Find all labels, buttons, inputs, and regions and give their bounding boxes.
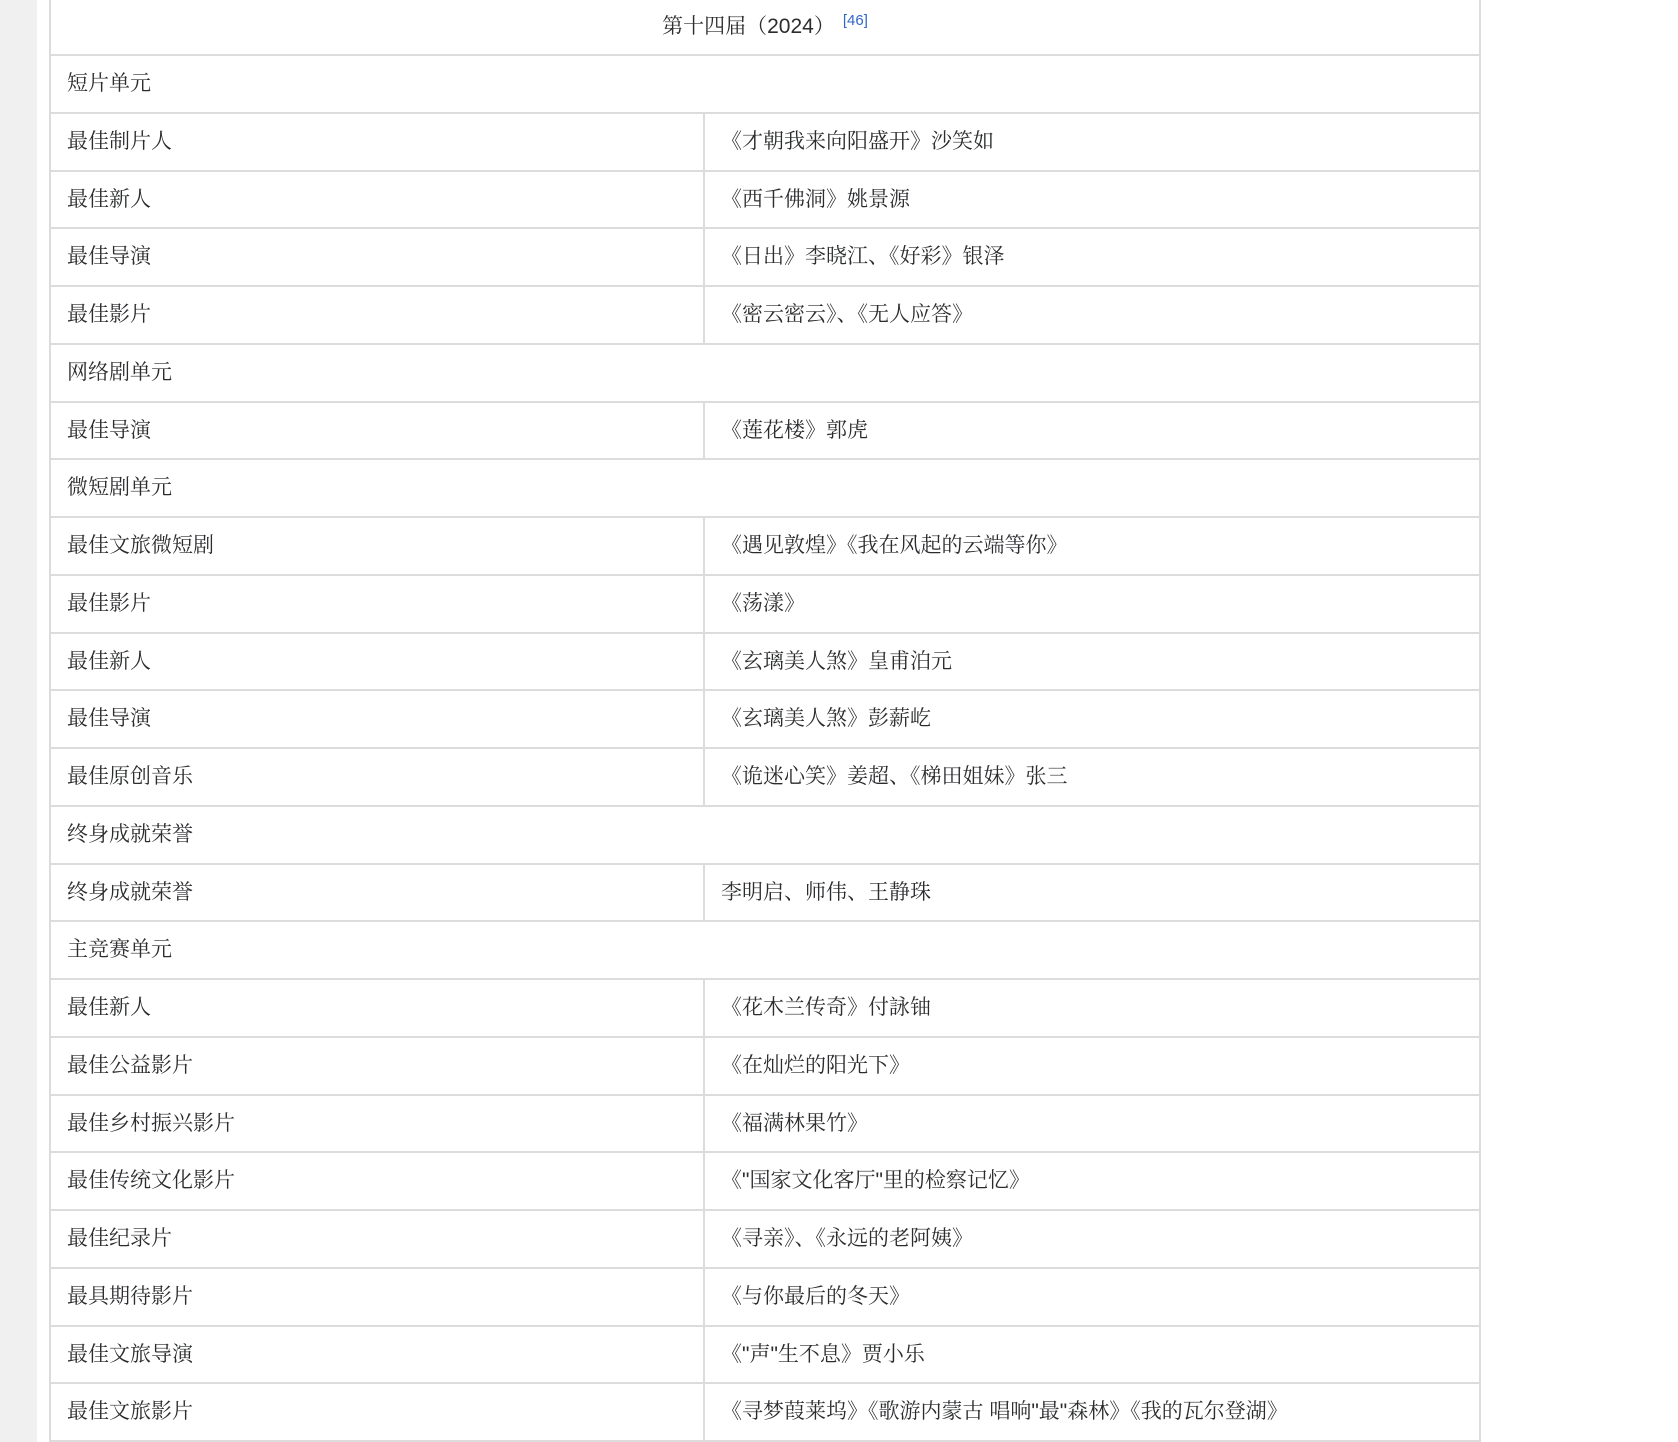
award-category: 最佳纪录片 <box>67 1225 172 1252</box>
award-winner: 《莲花楼》郭虎 <box>721 417 868 444</box>
award-winner-cell: 《西千佛洞》姚景源 <box>705 172 1479 228</box>
award-category-cell: 最具期待影片 <box>51 1269 705 1325</box>
reference-link-46[interactable]: [46] <box>843 12 868 29</box>
award-winner-cell: 《福满林果竹》 <box>705 1096 1479 1152</box>
award-row: 最佳文旅影片 《寻梦葭莱坞》《歌游内蒙古 唱响"最"森林》《我的瓦尔登湖》 <box>51 1384 1479 1442</box>
award-winner-cell: 《与你最后的冬天》 <box>705 1269 1479 1325</box>
award-category-cell: 最佳乡村振兴影片 <box>51 1096 705 1152</box>
award-winner-cell: 《诡迷心笑》姜超、《梯田姐妹》张三 <box>705 749 1479 805</box>
award-category-cell: 最佳新人 <box>51 172 705 228</box>
award-row: 最佳导演 《莲花楼》郭虎 <box>51 403 1479 461</box>
awards-table: 第十四届（2024）[46] 短片单元 最佳制片人 《才朝我来向阳盛开》沙笑如 … <box>49 0 1481 1442</box>
award-winner: 《玄璃美人煞》彭薪屹 <box>721 705 931 732</box>
award-row: 最佳乡村振兴影片 《福满林果竹》 <box>51 1096 1479 1154</box>
section-label: 微短剧单元 <box>51 460 1479 516</box>
award-winner: 《寻亲》、《永远的老阿姨》 <box>721 1225 973 1252</box>
award-winner-cell: 李明启、师伟、王静珠 <box>705 865 1479 921</box>
award-category-cell: 最佳导演 <box>51 403 705 459</box>
award-winner: 《福满林果竹》 <box>721 1110 868 1137</box>
award-category: 最佳新人 <box>67 648 151 675</box>
award-category-cell: 最佳新人 <box>51 634 705 690</box>
award-row: 最佳制片人 《才朝我来向阳盛开》沙笑如 <box>51 114 1479 172</box>
award-winner: 《与你最后的冬天》 <box>721 1283 910 1310</box>
award-category: 最佳文旅导演 <box>67 1341 193 1368</box>
award-category-cell: 最佳文旅导演 <box>51 1327 705 1383</box>
award-winner: 《花木兰传奇》付詠铀 <box>721 994 931 1021</box>
award-category-cell: 最佳公益影片 <box>51 1038 705 1094</box>
award-row: 最佳新人 《玄璃美人煞》皇甫泊元 <box>51 634 1479 692</box>
section-label: 短片单元 <box>51 56 1479 112</box>
header-cell: 第十四届（2024）[46] <box>51 13 1479 40</box>
award-winner-cell: 《荡漾》 <box>705 576 1479 632</box>
award-category: 最佳文旅微短剧 <box>67 532 214 559</box>
award-row: 最佳新人 《西千佛洞》姚景源 <box>51 172 1479 230</box>
award-winner-cell: 《"国家文化客厅"里的检察记忆》 <box>705 1153 1479 1209</box>
award-row: 最具期待影片 《与你最后的冬天》 <box>51 1269 1479 1327</box>
award-winner-cell: 《莲花楼》郭虎 <box>705 403 1479 459</box>
award-category-cell: 最佳导演 <box>51 691 705 747</box>
section-row: 终身成就荣誉 <box>51 807 1479 865</box>
award-winner: 《西千佛洞》姚景源 <box>721 186 910 213</box>
award-category: 最佳公益影片 <box>67 1052 193 1079</box>
award-category: 最佳制片人 <box>67 128 172 155</box>
award-winner-cell: 《寻亲》、《永远的老阿姨》 <box>705 1211 1479 1267</box>
award-winner: 《"声"生不息》贾小乐 <box>721 1341 925 1368</box>
award-row: 最佳导演 《日出》李晓江、《好彩》银泽 <box>51 229 1479 287</box>
award-category: 最佳导演 <box>67 417 151 444</box>
award-winner-cell: 《花木兰传奇》付詠铀 <box>705 980 1479 1036</box>
section-row: 微短剧单元 <box>51 460 1479 518</box>
section-label: 网络剧单元 <box>51 345 1479 401</box>
award-winner-cell: 《"声"生不息》贾小乐 <box>705 1327 1479 1383</box>
award-category: 最佳原创音乐 <box>67 763 193 790</box>
award-category: 终身成就荣誉 <box>67 879 193 906</box>
award-winner-cell: 《才朝我来向阳盛开》沙笑如 <box>705 114 1479 170</box>
award-category-cell: 终身成就荣誉 <box>51 865 705 921</box>
section-label: 终身成就荣誉 <box>51 807 1479 863</box>
header-title: 第十四届（2024） <box>662 15 835 38</box>
award-category-cell: 最佳传统文化影片 <box>51 1153 705 1209</box>
award-winner: 《日出》李晓江、《好彩》银泽 <box>721 243 1005 270</box>
award-row: 最佳传统文化影片 《"国家文化客厅"里的检察记忆》 <box>51 1153 1479 1211</box>
award-winner: 《才朝我来向阳盛开》沙笑如 <box>721 128 994 155</box>
award-winner: 《诡迷心笑》姜超、《梯田姐妹》张三 <box>721 763 1068 790</box>
page-left-gutter <box>0 0 37 1442</box>
award-winner-cell: 《寻梦葭莱坞》《歌游内蒙古 唱响"最"森林》《我的瓦尔登湖》 <box>705 1384 1479 1440</box>
section-row: 主竞赛单元 <box>51 922 1479 980</box>
award-category: 最佳导演 <box>67 705 151 732</box>
award-category-cell: 最佳制片人 <box>51 114 705 170</box>
section-row: 网络剧单元 <box>51 345 1479 403</box>
award-winner-cell: 《玄璃美人煞》皇甫泊元 <box>705 634 1479 690</box>
award-winner: 《玄璃美人煞》皇甫泊元 <box>721 648 952 675</box>
award-category: 最佳影片 <box>67 590 151 617</box>
award-winner: 李明启、师伟、王静珠 <box>721 879 931 906</box>
section-label: 主竞赛单元 <box>51 922 1479 978</box>
award-winner-cell: 《遇见敦煌》《我在风起的云端等你》 <box>705 518 1479 574</box>
award-category-cell: 最佳新人 <box>51 980 705 1036</box>
award-category-cell: 最佳影片 <box>51 287 705 343</box>
award-category-cell: 最佳影片 <box>51 576 705 632</box>
award-row: 最佳影片 《密云密云》、《无人应答》 <box>51 287 1479 345</box>
award-category: 最佳新人 <box>67 994 151 1021</box>
award-category: 最佳乡村振兴影片 <box>67 1110 235 1137</box>
award-category-cell: 最佳纪录片 <box>51 1211 705 1267</box>
section-row: 短片单元 <box>51 56 1479 114</box>
award-category: 最佳影片 <box>67 301 151 328</box>
award-row: 最佳影片 《荡漾》 <box>51 576 1479 634</box>
award-winner-cell: 《日出》李晓江、《好彩》银泽 <box>705 229 1479 285</box>
award-row: 终身成就荣誉 李明启、师伟、王静珠 <box>51 865 1479 923</box>
award-row: 最佳文旅导演 《"声"生不息》贾小乐 <box>51 1327 1479 1385</box>
award-category-cell: 最佳文旅影片 <box>51 1384 705 1440</box>
award-category: 最佳新人 <box>67 186 151 213</box>
award-row: 最佳纪录片 《寻亲》、《永远的老阿姨》 <box>51 1211 1479 1269</box>
award-category-cell: 最佳文旅微短剧 <box>51 518 705 574</box>
award-row: 最佳文旅微短剧 《遇见敦煌》《我在风起的云端等你》 <box>51 518 1479 576</box>
award-winner: 《在灿烂的阳光下》 <box>721 1052 910 1079</box>
award-row: 最佳原创音乐 《诡迷心笑》姜超、《梯田姐妹》张三 <box>51 749 1479 807</box>
award-category: 最佳导演 <box>67 243 151 270</box>
award-winner: 《荡漾》 <box>721 590 805 617</box>
award-row: 最佳导演 《玄璃美人煞》彭薪屹 <box>51 691 1479 749</box>
award-category-cell: 最佳原创音乐 <box>51 749 705 805</box>
award-category: 最佳文旅影片 <box>67 1398 193 1425</box>
award-winner: 《遇见敦煌》《我在风起的云端等你》 <box>721 532 1068 559</box>
award-row: 最佳公益影片 《在灿烂的阳光下》 <box>51 1038 1479 1096</box>
award-category: 最具期待影片 <box>67 1283 193 1310</box>
award-category: 最佳传统文化影片 <box>67 1167 235 1194</box>
award-winner: 《"国家文化客厅"里的检察记忆》 <box>721 1167 1030 1194</box>
table-header-row: 第十四届（2024）[46] <box>51 0 1479 56</box>
award-winner: 《寻梦葭莱坞》《歌游内蒙古 唱响"最"森林》《我的瓦尔登湖》 <box>721 1398 1288 1425</box>
award-winner-cell: 《玄璃美人煞》彭薪屹 <box>705 691 1479 747</box>
award-category-cell: 最佳导演 <box>51 229 705 285</box>
award-row: 最佳新人 《花木兰传奇》付詠铀 <box>51 980 1479 1038</box>
award-winner-cell: 《在灿烂的阳光下》 <box>705 1038 1479 1094</box>
award-winner: 《密云密云》、《无人应答》 <box>721 301 973 328</box>
award-winner-cell: 《密云密云》、《无人应答》 <box>705 287 1479 343</box>
